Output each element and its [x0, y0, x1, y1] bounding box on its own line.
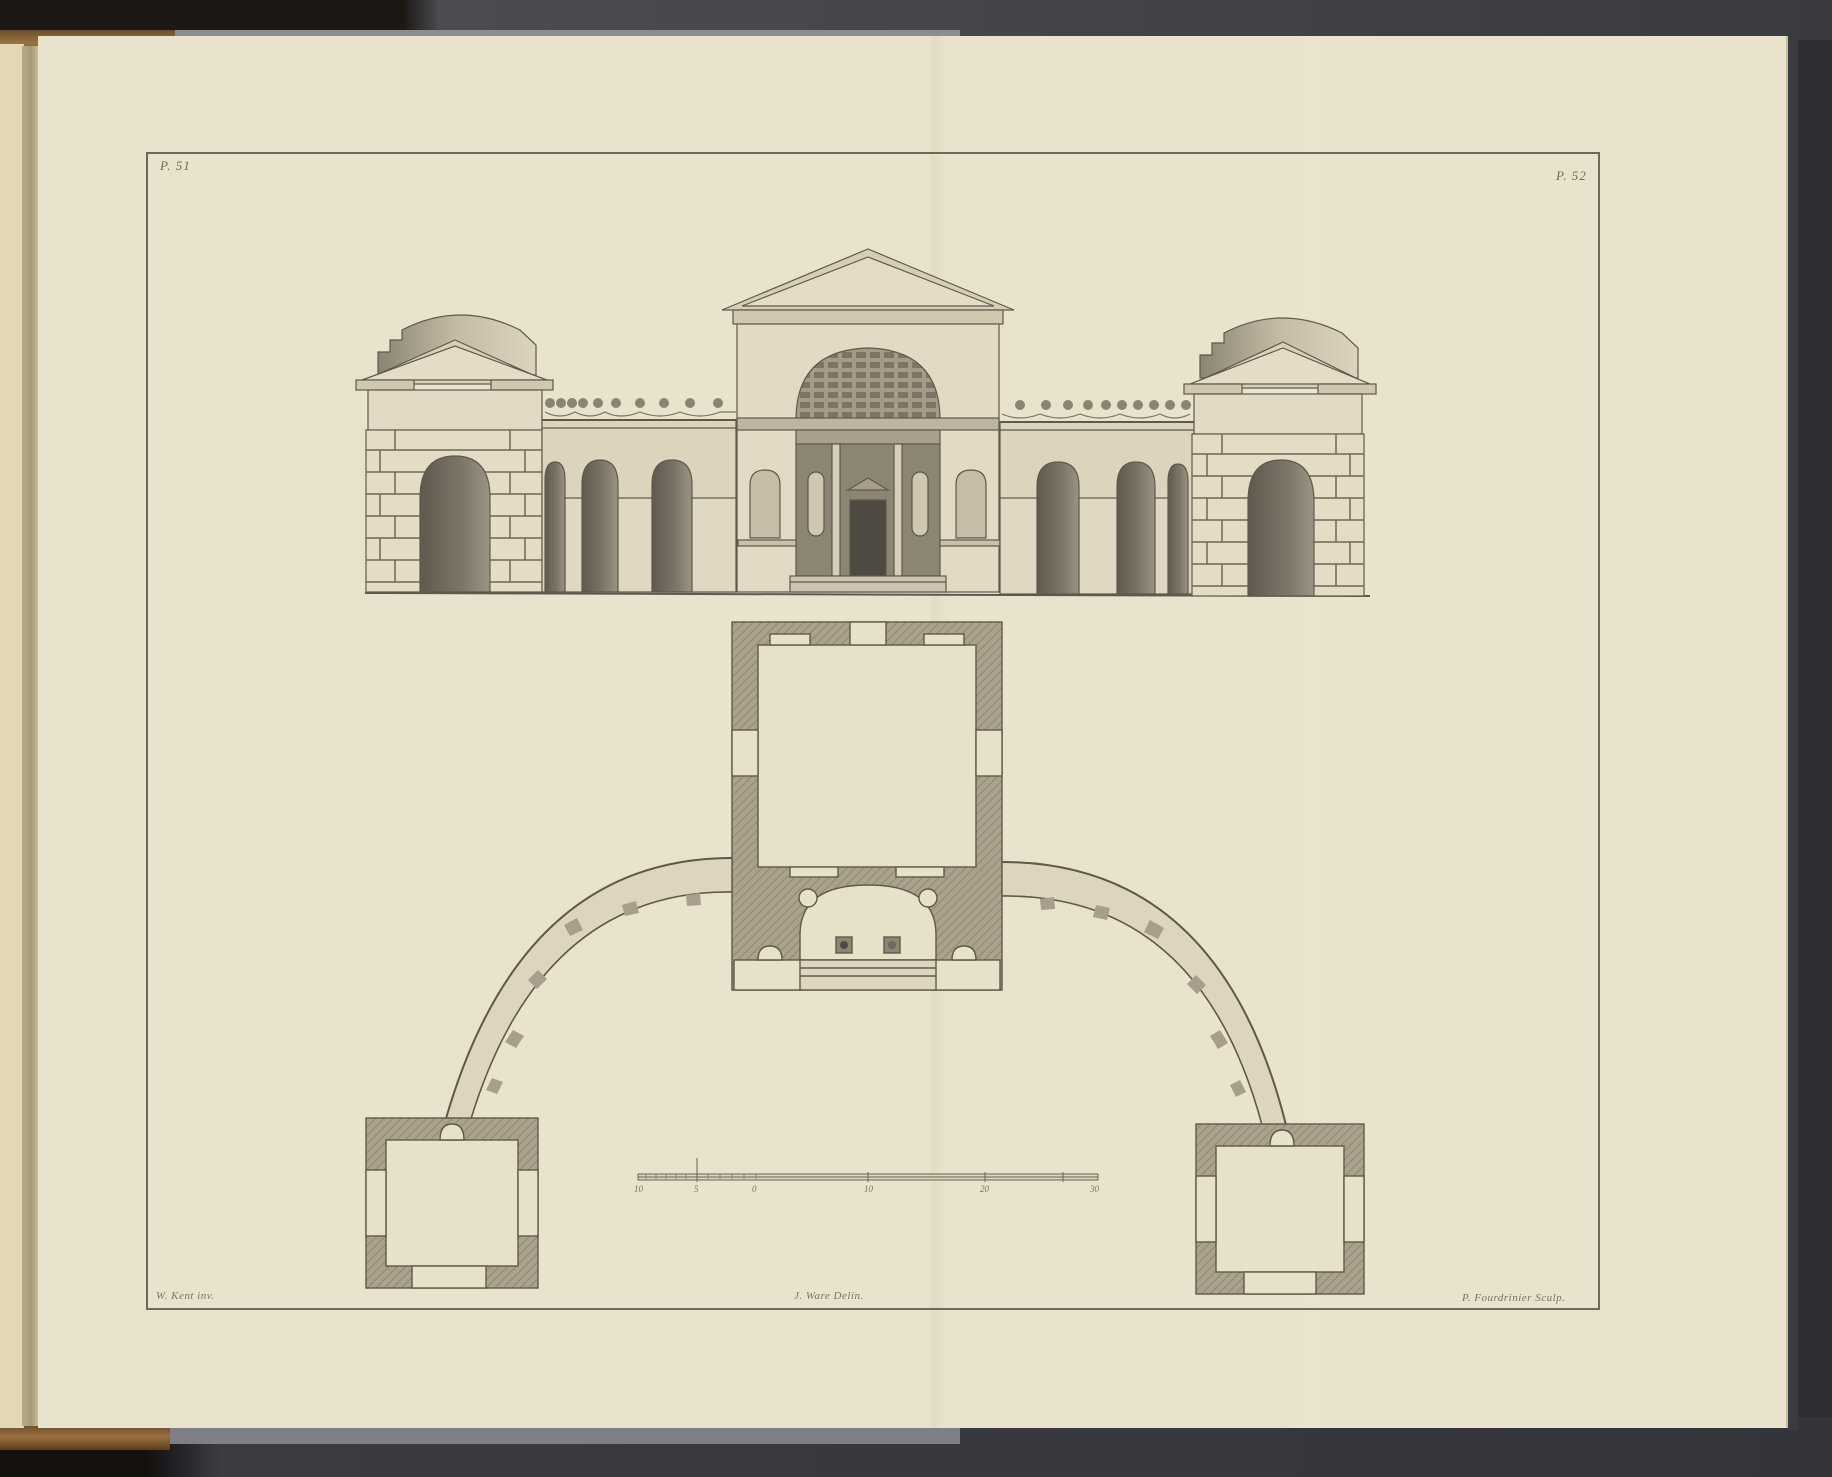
scale-tick-label-3: 0	[752, 1184, 757, 1194]
scale-tick-label-1: 10	[634, 1184, 643, 1194]
architectural-drawing	[0, 0, 1832, 1477]
plan-left-quadrant	[445, 858, 732, 1122]
left-arcade	[542, 398, 736, 592]
scale-bar	[638, 1158, 1098, 1182]
right-pavilion	[1184, 318, 1376, 596]
scale-tick-label-6: 30	[1090, 1184, 1099, 1194]
right-arcade	[1000, 400, 1194, 594]
scale-tick-label-4: 10	[864, 1184, 873, 1194]
signature-draughtsman: J. Ware Delin.	[794, 1290, 864, 1302]
plan-central-block	[732, 622, 1002, 990]
central-temple	[722, 249, 1014, 592]
signature-engraver: P. Fourdrinier Sculp.	[1462, 1292, 1565, 1304]
left-pavilion	[356, 315, 553, 592]
scale-tick-label-5: 20	[980, 1184, 989, 1194]
signature-designer: W. Kent inv.	[156, 1290, 215, 1302]
plan-right-pavilion	[1196, 1124, 1364, 1294]
plan-right-quadrant	[1002, 862, 1286, 1125]
scale-tick-label-2: 5	[694, 1184, 699, 1194]
elevation	[356, 249, 1376, 596]
plan-left-pavilion	[366, 1118, 538, 1288]
